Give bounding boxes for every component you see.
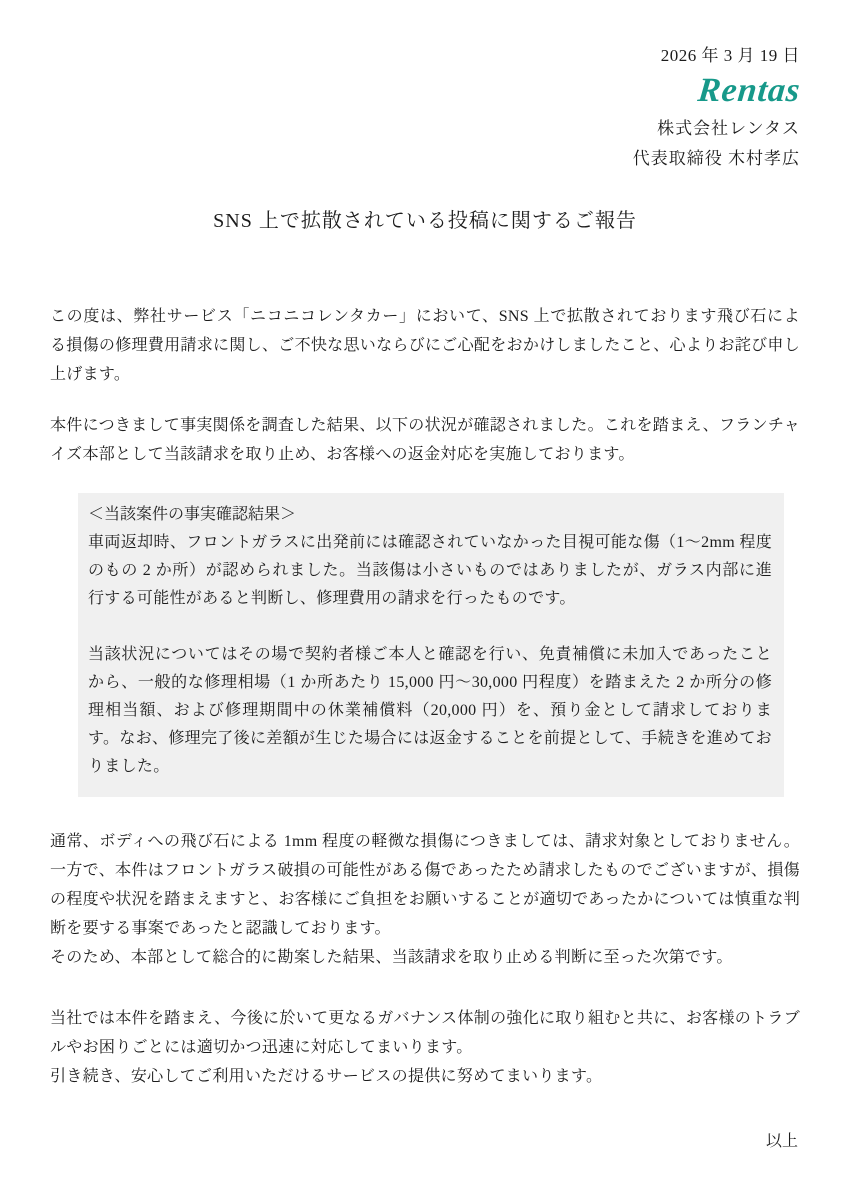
press-release-page: 2026 年 3 月 19 日 Rentas 株式会社レンタス 代表取締役 木村… — [0, 0, 848, 1199]
closing-ijou: 以上 — [50, 1127, 800, 1156]
rentas-logo-text: Rentas — [696, 74, 802, 108]
assessment-paragraph: 通常、ボディへの飛び石による 1mm 程度の軽微な損傷につきましては、請求対象と… — [50, 827, 800, 972]
document-date: 2026 年 3 月 19 日 — [50, 44, 800, 68]
apology-paragraph: この度は、弊社サービス「ニコニコレンタカー」において、SNS 上で拡散されており… — [50, 302, 800, 389]
fact-confirmation-box: ＜当該案件の事実確認結果＞ 車両返却時、フロントガラスに出発前には確認されていな… — [78, 493, 784, 797]
fact-box-paragraph-2: 当該状況についてはその場で契約者様ご本人と確認を行い、免責補償に未加入であったこ… — [88, 641, 772, 781]
document-title: SNS 上で拡散されている投稿に関するご報告 — [50, 206, 800, 236]
document-header: 2026 年 3 月 19 日 Rentas 株式会社レンタス 代表取締役 木村… — [50, 44, 800, 172]
company-logo: Rentas — [50, 74, 800, 114]
company-name: 株式会社レンタス — [50, 116, 800, 142]
commitment-paragraph: 当社では本件を踏まえ、今後に於いて更なるガバナンス体制の強化に取り組むと共に、お… — [50, 1004, 800, 1091]
fact-box-paragraph-1: 車両返却時、フロントガラスに出発前には確認されていなかった目視可能な傷（1～2m… — [88, 529, 772, 613]
representative-name: 代表取締役 木村孝広 — [50, 146, 800, 172]
fact-box-heading: ＜当該案件の事実確認結果＞ — [88, 501, 772, 529]
investigation-paragraph: 本件につきまして事実関係を調査した結果、以下の状況が確認されました。これを踏まえ… — [50, 411, 800, 469]
